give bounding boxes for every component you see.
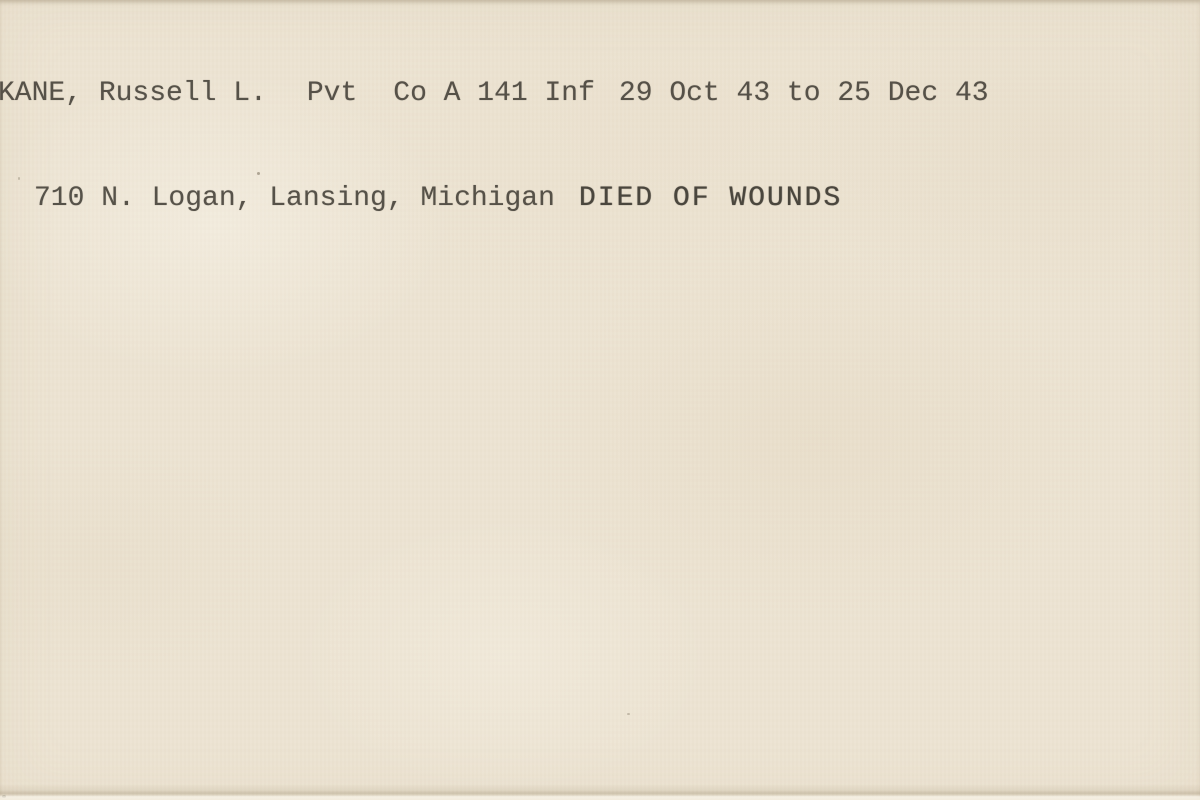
- card-bottom-edge: [0, 784, 1200, 800]
- card-line-1: KANE, Russell L. Pvt Co A 141 Inf 29 Oct…: [0, 76, 989, 111]
- service-dates: 29 Oct 43 to 25 Dec 43: [619, 76, 989, 111]
- paper-speck: [627, 713, 630, 715]
- soldier-unit: Co A 141 Inf: [393, 76, 595, 111]
- typed-text-block: KANE, Russell L. Pvt Co A 141 Inf 29 Oct…: [0, 6, 989, 286]
- home-address: 710 N. Logan, Lansing, Michigan: [34, 181, 555, 216]
- index-card: KANE, Russell L. Pvt Co A 141 Inf 29 Oct…: [0, 0, 1200, 800]
- paper-speck: [2, 795, 6, 798]
- soldier-name: KANE, Russell L.: [0, 76, 267, 111]
- soldier-rank: Pvt: [307, 76, 357, 111]
- card-line-2: 710 N. Logan, Lansing, Michigan DIED OF …: [0, 181, 989, 216]
- casualty-status: DIED OF WOUNDS: [579, 181, 842, 216]
